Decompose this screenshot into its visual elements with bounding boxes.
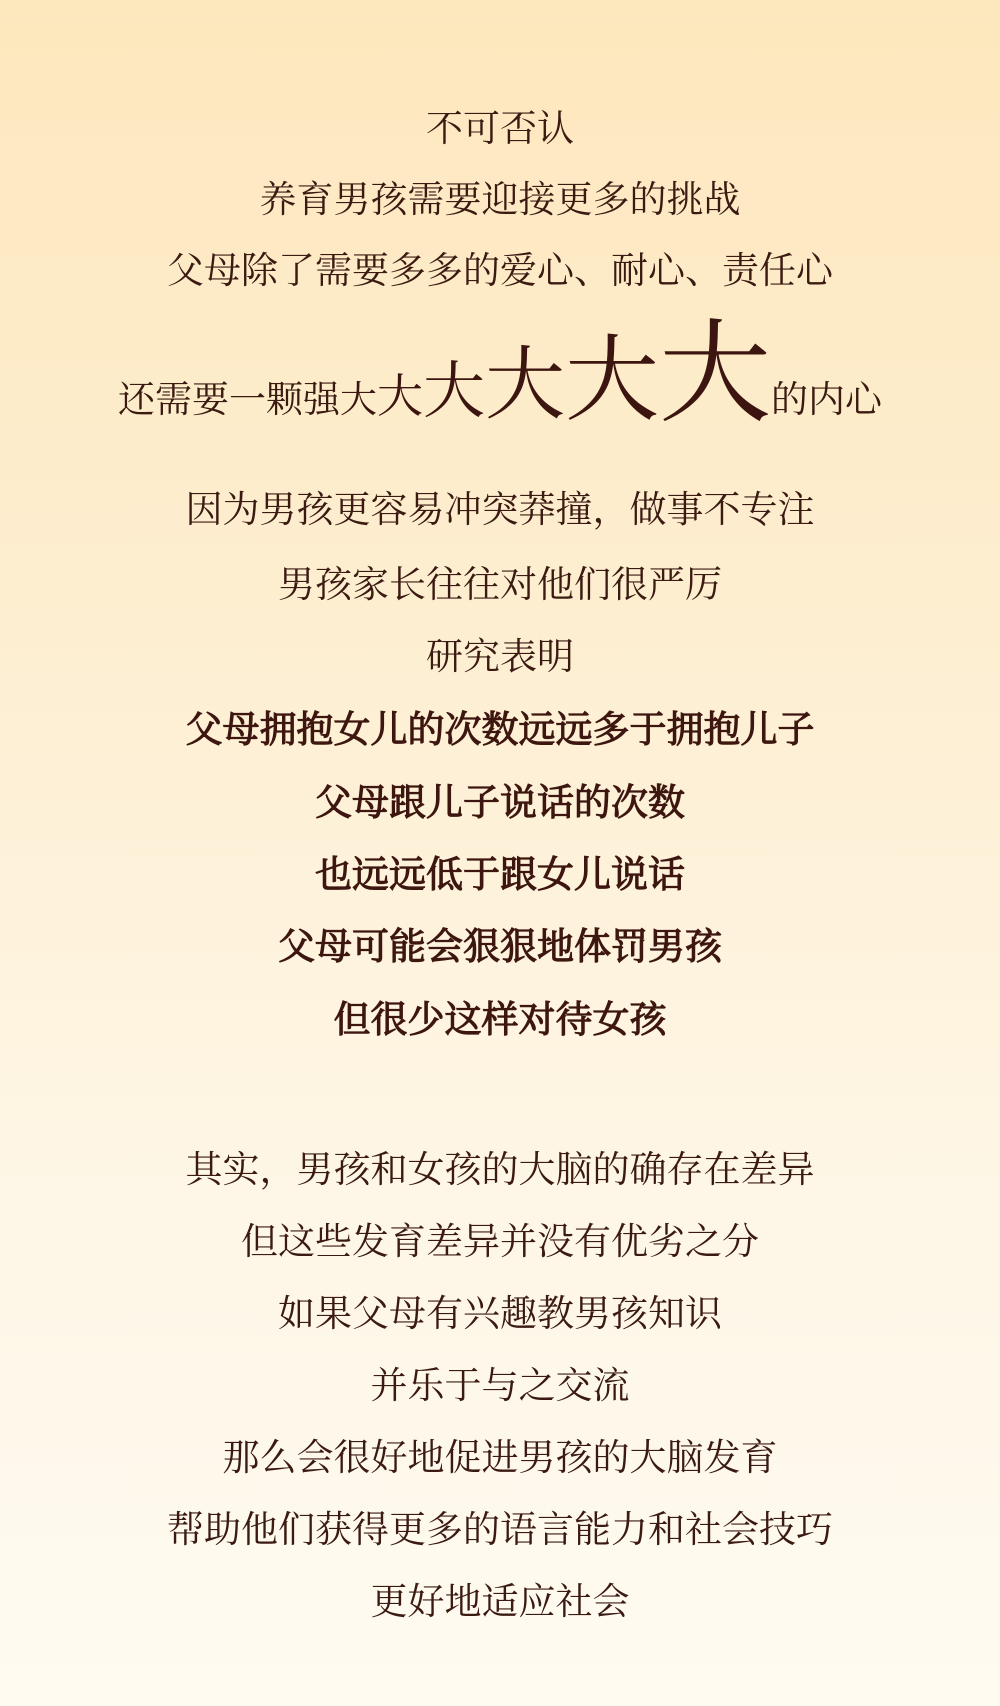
text-line: 但这些发育差异并没有优劣之分 — [0, 1220, 1000, 1264]
text-line: 研究表明 — [0, 635, 1000, 679]
bold-text-line: 但很少这样对待女孩 — [0, 998, 1000, 1042]
emphasis-line: 还需要一颗强大大大大大大的内心 — [0, 318, 1000, 430]
text-line: 如果父母有兴趣教男孩知识 — [0, 1292, 1000, 1336]
bold-text-line: 父母可能会狠狠地体罚男孩 — [0, 925, 1000, 969]
text-line: 那么会很好地促进男孩的大脑发育 — [0, 1436, 1000, 1480]
bold-text-line: 也远远低于跟女儿说话 — [0, 853, 1000, 897]
text-line: 父母除了需要多多的爱心、耐心、责任心 — [0, 249, 1000, 293]
bold-text-line: 父母跟儿子说话的次数 — [0, 781, 1000, 825]
growing-char: 大 — [377, 373, 423, 419]
growing-char: 大 — [485, 345, 565, 425]
growing-char: 大 — [659, 318, 771, 430]
text-line: 不可否认 — [0, 107, 1000, 151]
text-line: 养育男孩需要迎接更多的挑战 — [0, 178, 1000, 222]
text-line: 更好地适应社会 — [0, 1580, 1000, 1624]
bold-text-line: 父母拥抱女儿的次数远远多于拥抱儿子 — [0, 708, 1000, 752]
text-line: 男孩家长往往对他们很严厉 — [0, 563, 1000, 607]
text-line: 因为男孩更容易冲突莽撞，做事不专注 — [0, 488, 1000, 532]
growing-char: 大 — [565, 334, 659, 428]
growing-char: 大 — [423, 360, 485, 422]
text-line: 并乐于与之交流 — [0, 1364, 1000, 1408]
growing-char: 大 — [340, 381, 377, 418]
emphasis-suffix: 的内心 — [771, 381, 882, 418]
text-line: 帮助他们获得更多的语言能力和社会技巧 — [0, 1508, 1000, 1552]
emphasis-prefix: 还需要一颗强 — [118, 381, 340, 418]
text-line: 其实，男孩和女孩的大脑的确存在差异 — [0, 1148, 1000, 1192]
